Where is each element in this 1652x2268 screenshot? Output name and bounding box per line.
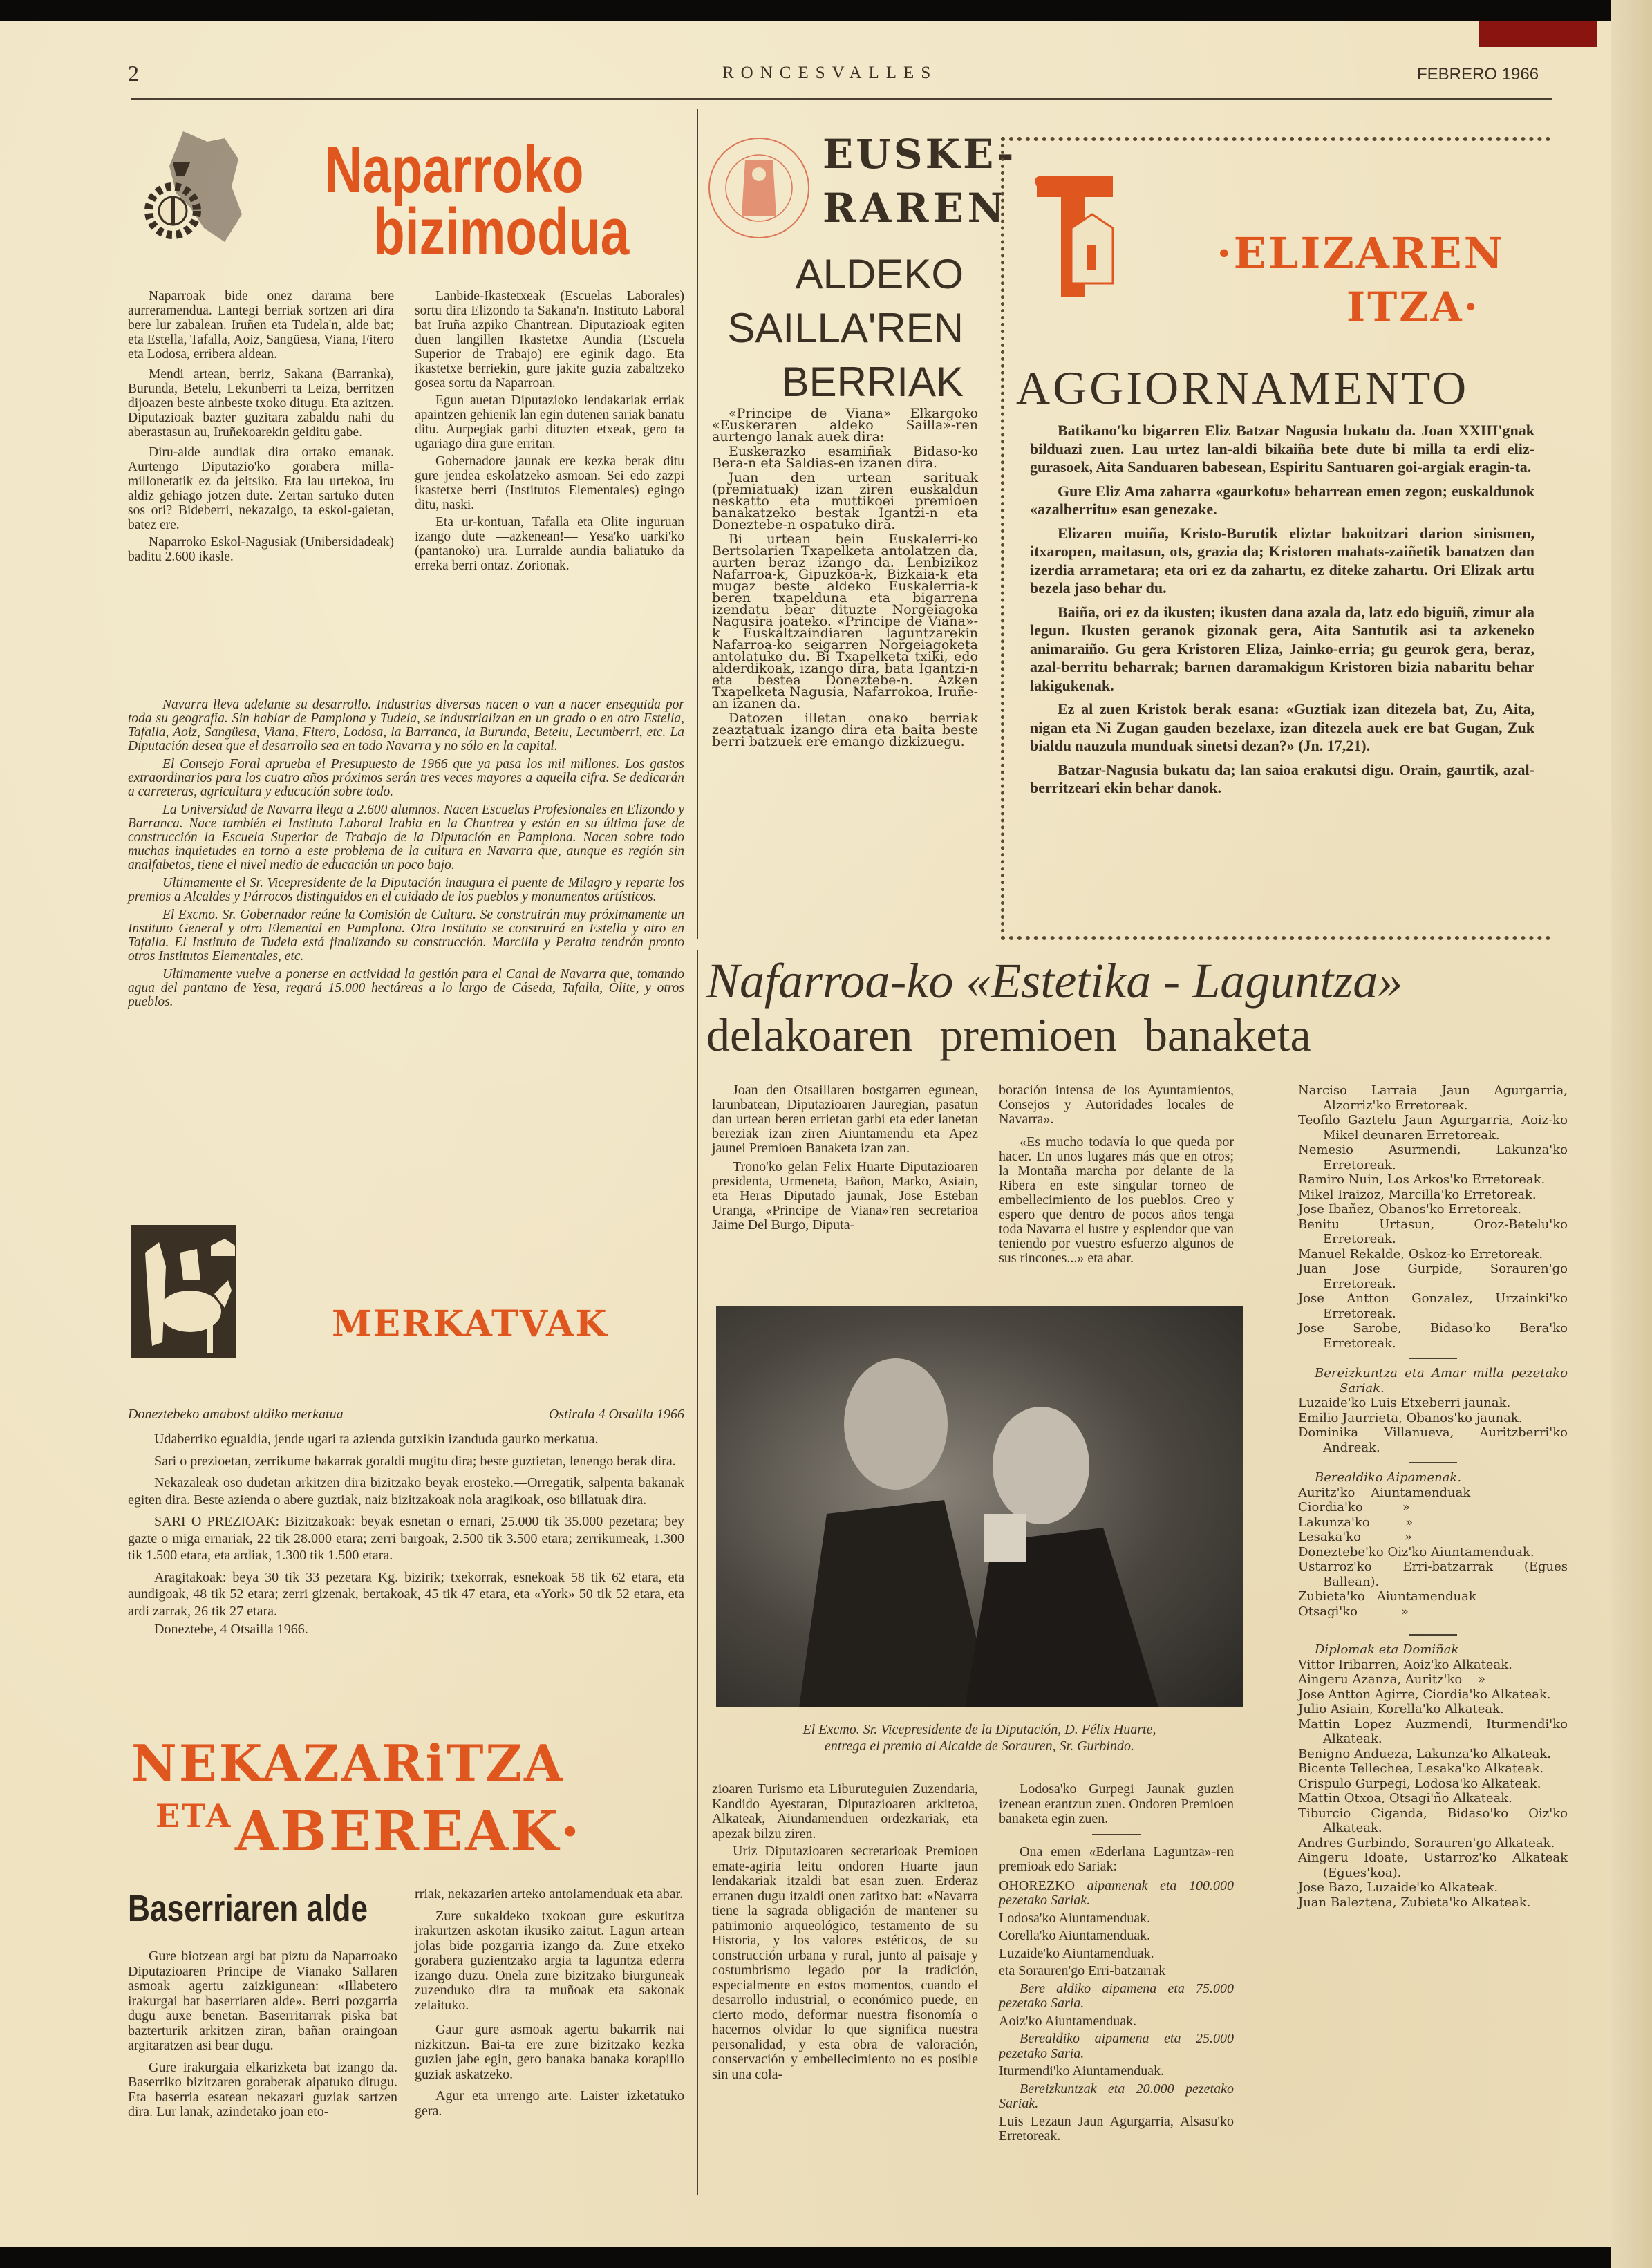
naparroko-spanish-summary: Navarra lleva adelante su desarrollo. In… xyxy=(128,698,684,1012)
paragraph: Uriz Diputazioaren secretarioak Premioen… xyxy=(712,1844,978,2082)
elizaren-body: Batikano'ko bigarren Eliz Batzar Nagusia… xyxy=(1030,422,1534,800)
list-item: Nemesio Asurmendi, Lakunza'ko Erretoreak… xyxy=(1298,1143,1568,1172)
list-item: Lodosa'ko Aiuntamenduak. xyxy=(999,1911,1234,1927)
paragraph: SARI O PREZIOAK: Bizitzakoak: beyak esne… xyxy=(128,1513,684,1564)
section-divider xyxy=(1409,1358,1457,1359)
euskera-title-line4: SAILLA'REN xyxy=(727,301,964,355)
list-item: Teofilo Gaztelu Jaun Agurgarria, Aoiz-ko… xyxy=(1298,1113,1568,1143)
paragraph: Udaberriko egualdia, jende ugari ta azie… xyxy=(128,1431,684,1448)
paragraph: Elizaren muiña, Kristo-Burutik eliztar b… xyxy=(1030,525,1534,598)
list-item: Benigno Andueza, Lakunza'ko Alkateak. xyxy=(1298,1747,1568,1762)
paragraph: Datozen illetan onako berriak zeaztatuak… xyxy=(712,713,978,748)
merkatuak-subtitle: Doneztebeko amabost aldiko merkatua Osti… xyxy=(128,1407,684,1423)
paragraph: Ona emen «Ederlana Laguntza»-ren premioa… xyxy=(999,1845,1234,1875)
award-label: OHOREZKO xyxy=(999,1878,1075,1893)
paragraph: zioaren Turismo eta Liburuteguien Zuzend… xyxy=(712,1782,978,1841)
nekazaritza-col1: Gure biotzean argi bat piztu da Naparroa… xyxy=(128,1949,397,2123)
list-item: Iturmendi'ko Aiuntamenduak. xyxy=(999,2064,1234,2079)
paragraph: Eta ur-kontuan, Tafalla eta Olite inguru… xyxy=(415,515,684,573)
elizaren-title-line2: ITZA· xyxy=(1346,283,1480,330)
paragraph: Euskerazko esamiñak Bidaso-ko Bera-n eta… xyxy=(712,446,978,469)
caption-line2: entrega el premio al Alcalde de Sorauren… xyxy=(716,1738,1243,1754)
list-item: Luzaide'ko Aiuntamenduak. xyxy=(999,1947,1234,1962)
estetika-col2-top: boración intensa de los Ayuntamientos, C… xyxy=(999,1083,1234,1268)
nekazaritza-title-line2: ABEREAK· xyxy=(235,1799,582,1864)
column-divider xyxy=(697,109,698,939)
list-item: Juan Baleztena, Zubieta'ko Alkateak. xyxy=(1298,1895,1568,1911)
list-item: Jose Antton Gonzalez, Urzainki'ko Erreto… xyxy=(1298,1291,1568,1321)
page-number: 2 xyxy=(128,61,139,86)
list-item: Vittor Iribarren, Aoiz'ko Alkateak. xyxy=(1298,1658,1568,1673)
list-item: Mattin Lopez Auzmendi, Iturmendi'ko Alka… xyxy=(1298,1717,1568,1747)
paragraph: «Es mucho todavía lo que queda por hacer… xyxy=(999,1135,1234,1266)
paragraph: Lodosa'ko Gurpegi Jaunak guzien izenean … xyxy=(999,1782,1234,1827)
publication-name: RONCESVALLES xyxy=(722,64,937,83)
page-edge xyxy=(1611,0,1652,2268)
paragraph: Sari o prezioetan, zerrikume bakarrak go… xyxy=(128,1453,684,1470)
merkatuak-title: MERKATVAK xyxy=(332,1303,608,1345)
award-category: OHOREZKO aipamenak eta 100.000 pezetako … xyxy=(999,1879,1234,1909)
section-heading: Diplomak eta Domiñak xyxy=(1298,1642,1568,1658)
list-item: Aingeru Azanza, Auritz'ko » xyxy=(1298,1672,1568,1687)
paragraph: Gaur gure asmoak agertu bakarrik nai niz… xyxy=(415,2023,684,2082)
church-drop-cap-icon xyxy=(1023,166,1134,304)
euskera-title-line2: RAREN xyxy=(823,187,1008,229)
market-name: Doneztebeko amabost aldiko merkatua xyxy=(128,1407,344,1422)
euskera-title-line1: EUSKE- xyxy=(823,133,1016,176)
naparroko-title-line2: bizimodua xyxy=(373,199,629,265)
euskera-body: «Principe de Viana» Elkargoko «Euskerare… xyxy=(712,408,978,751)
paragraph: Naparroak bide onez darama bere aurreram… xyxy=(128,289,394,362)
paragraph: Baiña, ori ez da ikusten; ikusten dana a… xyxy=(1030,603,1534,695)
section-divider xyxy=(1409,1634,1457,1636)
list-item: Mattin Otxoa, Otsagi'ño Alkateak. xyxy=(1298,1791,1568,1806)
list-item: Lesaka'ko » xyxy=(1298,1530,1568,1545)
paragraph: Trono'ko gelan Felix Huarte Diputazioare… xyxy=(712,1160,978,1233)
list-item: Jose Sarobe, Bidaso'ko Bera'ko Erretorea… xyxy=(1298,1321,1568,1351)
euskera-title-line5: BERRIAK xyxy=(727,355,964,409)
list-item: Manuel Rekalde, Oskoz-ko Erretoreak. xyxy=(1298,1247,1568,1262)
list-item: Corella'ko Aiuntamenduak. xyxy=(999,1929,1234,1944)
paragraph: El Excmo. Sr. Gobernador reúne la Comisi… xyxy=(128,908,684,964)
list-item: Benitu Urtasun, Oroz-Betelu'ko Erretorea… xyxy=(1298,1217,1568,1247)
paragraph: Doneztebe, 4 Otsailla 1966. xyxy=(128,1621,684,1638)
list-item: Tiburcio Ciganda, Bidaso'ko Oiz'ko Alkat… xyxy=(1298,1806,1568,1836)
list-item: Mikel Iraizoz, Marcilla'ko Erretoreak. xyxy=(1298,1188,1568,1203)
section-divider xyxy=(1092,1834,1141,1835)
naparroko-col2: Lanbide-Ikastetxeak (Escuelas Laborales)… xyxy=(415,289,684,576)
paragraph: Egun auetan Diputazioko lendakariak erri… xyxy=(415,393,684,451)
paragraph: Naparroko Eskol-Nagusiak (Unibersidadeak… xyxy=(128,535,394,564)
list-item: Narciso Larraia Jaun Agurgarria, Alzorri… xyxy=(1298,1083,1568,1113)
list-item: Bicente Tellechea, Lesaka'ko Alkateak. xyxy=(1298,1761,1568,1777)
award-category: Berealdiko aipamena eta 25.000 pezetako … xyxy=(999,2032,1234,2061)
paragraph: Gobernadore jaunak ere kezka berak ditu … xyxy=(415,454,684,512)
section-heading: Berealdiko Aipamenak. xyxy=(1298,1470,1568,1486)
list-item: Luis Lezaun Jaun Agurgarria, Alsasu'ko E… xyxy=(999,2115,1234,2144)
farmers-ox-woodcut-icon xyxy=(131,1225,236,1358)
list-item: Doneztebe'ko Oiz'ko Aiuntamenduak. xyxy=(1298,1545,1568,1560)
aggiornamento-headline: AGGIORNAMENTO xyxy=(1016,361,1469,415)
paragraph: «Principe de Viana» Elkargoko «Euskerare… xyxy=(712,408,978,443)
newspaper-page: 2 RONCESVALLES FEBRERO 1966 Naparroko bi… xyxy=(0,21,1611,2247)
paragraph: Ultimamente el Sr. Vicepresidente de la … xyxy=(128,877,684,904)
paragraph: Diru-alde aundiak dira ortako emanak. Au… xyxy=(128,445,394,532)
euskera-title-block: ALDEKO SAILLA'REN BERRIAK xyxy=(727,247,964,409)
list-item: Otsagi'ko » xyxy=(1298,1604,1568,1620)
estetika-col1-bottom: zioaren Turismo eta Liburuteguien Zuzend… xyxy=(712,1782,978,2085)
paragraph: Navarra lleva adelante su desarrollo. In… xyxy=(128,698,684,753)
list-item: Jose Bazo, Luzaide'ko Alkateak. xyxy=(1298,1880,1568,1895)
list-item: Julio Asiain, Korella'ko Alkateak. xyxy=(1298,1702,1568,1717)
naparroko-col1: Naparroak bide onez darama bere aurreram… xyxy=(128,289,394,567)
market-date: Ostirala 4 Otsailla 1966 xyxy=(549,1407,684,1423)
award-ceremony-photo xyxy=(716,1306,1243,1707)
nekazaritza-title-eta: ETA xyxy=(156,1797,232,1835)
paragraph: El Consejo Foral aprueba el Presupuesto … xyxy=(128,758,684,799)
paragraph: Lanbide-Ikastetxeak (Escuelas Laborales)… xyxy=(415,289,684,391)
paragraph: La Universidad de Navarra llega a 2.600 … xyxy=(128,803,684,872)
section-heading: Bereizkuntza eta Amar milla pezetako Sar… xyxy=(1298,1366,1568,1396)
list-item: Jose Ibañez, Obanos'ko Erretoreak. xyxy=(1298,1202,1568,1217)
paragraph: Batikano'ko bigarren Eliz Batzar Nagusia… xyxy=(1030,422,1534,477)
list-item: Auritz'ko Aiuntamenduak xyxy=(1298,1486,1568,1501)
paragraph: Ultimamente vuelve a ponerse en activida… xyxy=(128,968,684,1009)
nekazaritza-col2: rriak, nekazarien arteko antolamenduak e… xyxy=(415,1887,684,2121)
header-rule xyxy=(131,98,1552,100)
principe-de-viana-seal-icon xyxy=(704,133,814,243)
list-item: Crispulo Gurpegi, Lodosa'ko Alkateak. xyxy=(1298,1777,1568,1792)
estetika-col2-bottom: Lodosa'ko Gurpegi Jaunak guzien izenean … xyxy=(999,1782,1234,2147)
list-item: Ustarroz'ko Erri-batzarrak (Egues Ballea… xyxy=(1298,1559,1568,1589)
navarra-map-gear-icon xyxy=(142,124,245,245)
binding-tab xyxy=(1479,21,1597,47)
list-item: Andres Gurbindo, Sorauren'go Alkateak. xyxy=(1298,1836,1568,1851)
list-item: Aoiz'ko Aiuntamenduak. xyxy=(999,2014,1234,2030)
paragraph: Zure sukaldeko txokoan gure eskutitza ir… xyxy=(415,1909,684,2014)
paragraph: Mendi artean, berriz, Sakana (Barranka),… xyxy=(128,367,394,440)
paragraph: Gure Eliz Ama zaharra «gaurkotu» beharre… xyxy=(1030,482,1534,519)
list-item: Zubieta'ko Aiuntamenduak xyxy=(1298,1589,1568,1604)
naparroko-title-line1: Naparroko xyxy=(325,137,584,203)
list-item: Jose Antton Agirre, Ciordia'ko Alkateak. xyxy=(1298,1687,1568,1703)
photo-caption: El Excmo. Sr. Vicepresidente de la Diput… xyxy=(716,1721,1243,1754)
list-item: Juan Jose Gurpide, Sorauren'go Erretorea… xyxy=(1298,1262,1568,1291)
baserriaren-alde-subhead: Baserriaren alde xyxy=(128,1887,368,1930)
paragraph: Aragitakoak: beya 30 tik 33 pezetara Kg.… xyxy=(128,1569,684,1620)
elizaren-title-line1: ·ELIZAREN xyxy=(1217,228,1505,279)
paragraph: Nekazaleak oso dudetan arkitzen dira biz… xyxy=(128,1474,684,1508)
paragraph: Gure biotzean argi bat piztu da Naparroa… xyxy=(128,1949,397,2054)
paragraph: Joan den Otsaillaren bostgarren egunean,… xyxy=(712,1083,978,1156)
merkatuak-body: Udaberriko egualdia, jende ugari ta azie… xyxy=(128,1431,684,1641)
paragraph: Gure irakurgaia elkarizketa bat izango d… xyxy=(128,2061,397,2120)
list-item: Emilio Jaurrieta, Obanos'ko jaunak. xyxy=(1298,1411,1568,1426)
nekazaritza-title-line1: NEKAZARiTZA xyxy=(131,1734,565,1792)
estetika-headline-line2: delakoaren premioen banaketa xyxy=(706,1008,1311,1062)
paragraph: rriak, nekazarien arteko antolamenduak e… xyxy=(415,1887,684,1902)
paragraph: Batzar-Nagusia bukatu da; lan saioa erak… xyxy=(1030,761,1534,798)
estetika-col3: Narciso Larraia Jaun Agurgarria, Alzorri… xyxy=(1298,1083,1568,1910)
estetika-headline-line1: Nafarroa-ko «Estetika - Laguntza» xyxy=(706,953,1402,1010)
award-category: Bere aldiko aipamena eta 75.000 pezetako… xyxy=(999,1982,1234,2012)
award-category: Bereizkuntzak eta 20.000 pezetako Sariak… xyxy=(999,2082,1234,2112)
paragraph: Agur eta urrengo arte. Laister izketatuk… xyxy=(415,2089,684,2119)
list-item: Lakunza'ko » xyxy=(1298,1515,1568,1530)
list-item: Aingeru Idoate, Ustarroz'ko Alkateak (Eg… xyxy=(1298,1850,1568,1880)
column-divider xyxy=(697,950,698,2195)
paragraph: Juan den urtean sarituak (premiatuak) iz… xyxy=(712,472,978,531)
estetika-col1-top: Joan den Otsaillaren bostgarren egunean,… xyxy=(712,1083,978,1235)
paragraph: Bi urtean bein Euskalerri-ko Bertsolarie… xyxy=(712,534,978,710)
list-item: Ciordia'ko » xyxy=(1298,1500,1568,1515)
section-divider xyxy=(1409,1462,1457,1463)
list-item: Ramiro Nuin, Los Arkos'ko Erretoreak. xyxy=(1298,1172,1568,1188)
paragraph: boración intensa de los Ayuntamientos, C… xyxy=(999,1083,1234,1127)
caption-line1: El Excmo. Sr. Vicepresidente de la Diput… xyxy=(716,1721,1243,1738)
list-item: Luzaide'ko Luis Etxeberri jaunak. xyxy=(1298,1396,1568,1411)
issue-date: FEBRERO 1966 xyxy=(1417,65,1539,84)
list-item: Dominika Villanueva, Auritzberri'ko Andr… xyxy=(1298,1425,1568,1455)
list-item: eta Sorauren'go Erri-batzarrak xyxy=(999,1964,1234,1979)
euskera-title-line3: ALDEKO xyxy=(727,247,964,301)
paragraph: Ez al zuen Kristok berak esana: «Guztiak… xyxy=(1030,700,1534,756)
